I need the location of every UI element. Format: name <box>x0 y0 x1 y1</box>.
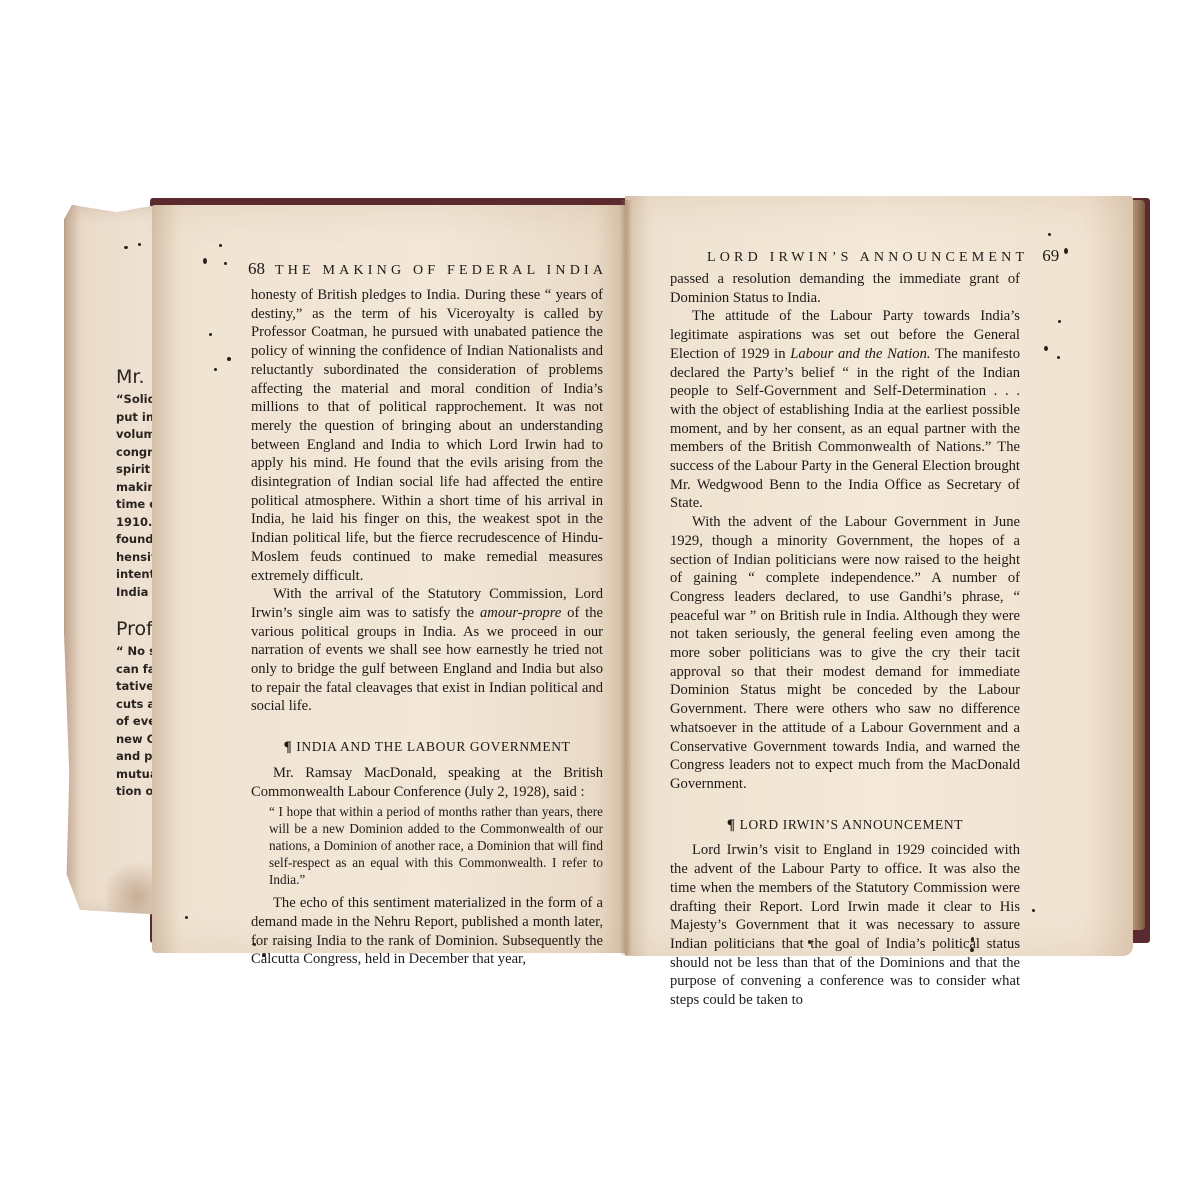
foxing-speck <box>209 333 212 336</box>
section-heading: ¶LORD IRWIN’S ANNOUNCEMENT <box>670 816 1020 835</box>
section-heading-text: INDIA AND THE LABOUR GOVERNMENT <box>296 739 570 754</box>
foxing-speck <box>227 357 231 361</box>
block-quote: “ I hope that within a period of months … <box>269 803 603 888</box>
right-running-title: LORD IRWIN’S ANNOUNCEMENT <box>707 250 1028 265</box>
section-heading-text: LORD IRWIN’S ANNOUNCEMENT <box>740 817 964 832</box>
left-running-title: THE MAKING OF FEDERAL INDIA <box>275 263 607 278</box>
foxing-speck <box>224 262 227 265</box>
left-running-head: 68THE MAKING OF FEDERAL INDIA <box>248 259 607 279</box>
section-heading: ¶INDIA AND THE LABOUR GOVERNMENT <box>251 738 603 757</box>
foxing-speck <box>970 948 974 952</box>
italic-term: amour-propre <box>480 605 561 621</box>
book-gutter <box>620 200 632 955</box>
paragraph: Mr. Ramsay MacDonald, speaking at the Br… <box>251 764 603 801</box>
foxing-speck <box>1064 248 1068 254</box>
left-page-number: 68 <box>248 259 265 278</box>
right-page-number: 69 <box>1042 246 1059 265</box>
foxing-speck <box>808 940 811 944</box>
left-page-body: honesty of British pledges to India. Dur… <box>251 286 603 969</box>
foxing-speck <box>214 368 217 371</box>
italic-title: Labour and the Nation. <box>790 346 930 362</box>
foxing-speck <box>1058 320 1061 323</box>
paragraph: With the arrival of the Statutory Commis… <box>251 585 603 716</box>
foxing-speck <box>253 943 256 946</box>
foxing-speck <box>971 937 974 942</box>
foxing-speck <box>124 246 128 249</box>
right-page-body: passed a resolution demanding the immedi… <box>670 270 1020 1010</box>
foxing-speck <box>262 953 266 957</box>
paragraph: With the advent of the Labour Government… <box>670 513 1020 794</box>
foxing-speck <box>1032 909 1035 912</box>
paragraph: The echo of this sentiment materialized … <box>251 894 603 969</box>
foxing-speck <box>219 244 222 247</box>
open-book: Mr. F “Solid put int volume congrat spir… <box>0 0 1200 1200</box>
pilcrow-icon: ¶ <box>727 817 736 833</box>
foxing-speck <box>138 243 141 246</box>
paragraph: passed a resolution demanding the immedi… <box>670 270 1020 307</box>
foxing-speck <box>185 916 188 919</box>
foxing-speck <box>1048 233 1051 236</box>
paragraph: The attitude of the Labour Party towards… <box>670 307 1020 513</box>
foxing-speck <box>1057 356 1060 359</box>
paragraph: Lord Irwin’s visit to England in 1929 co… <box>670 841 1020 1009</box>
right-running-head: LORD IRWIN’S ANNOUNCEMENT69 <box>707 246 1059 266</box>
pilcrow-icon: ¶ <box>284 739 293 755</box>
paragraph: honesty of British pledges to India. Dur… <box>251 286 603 585</box>
foxing-speck <box>203 258 207 264</box>
foxing-speck <box>1044 346 1048 351</box>
